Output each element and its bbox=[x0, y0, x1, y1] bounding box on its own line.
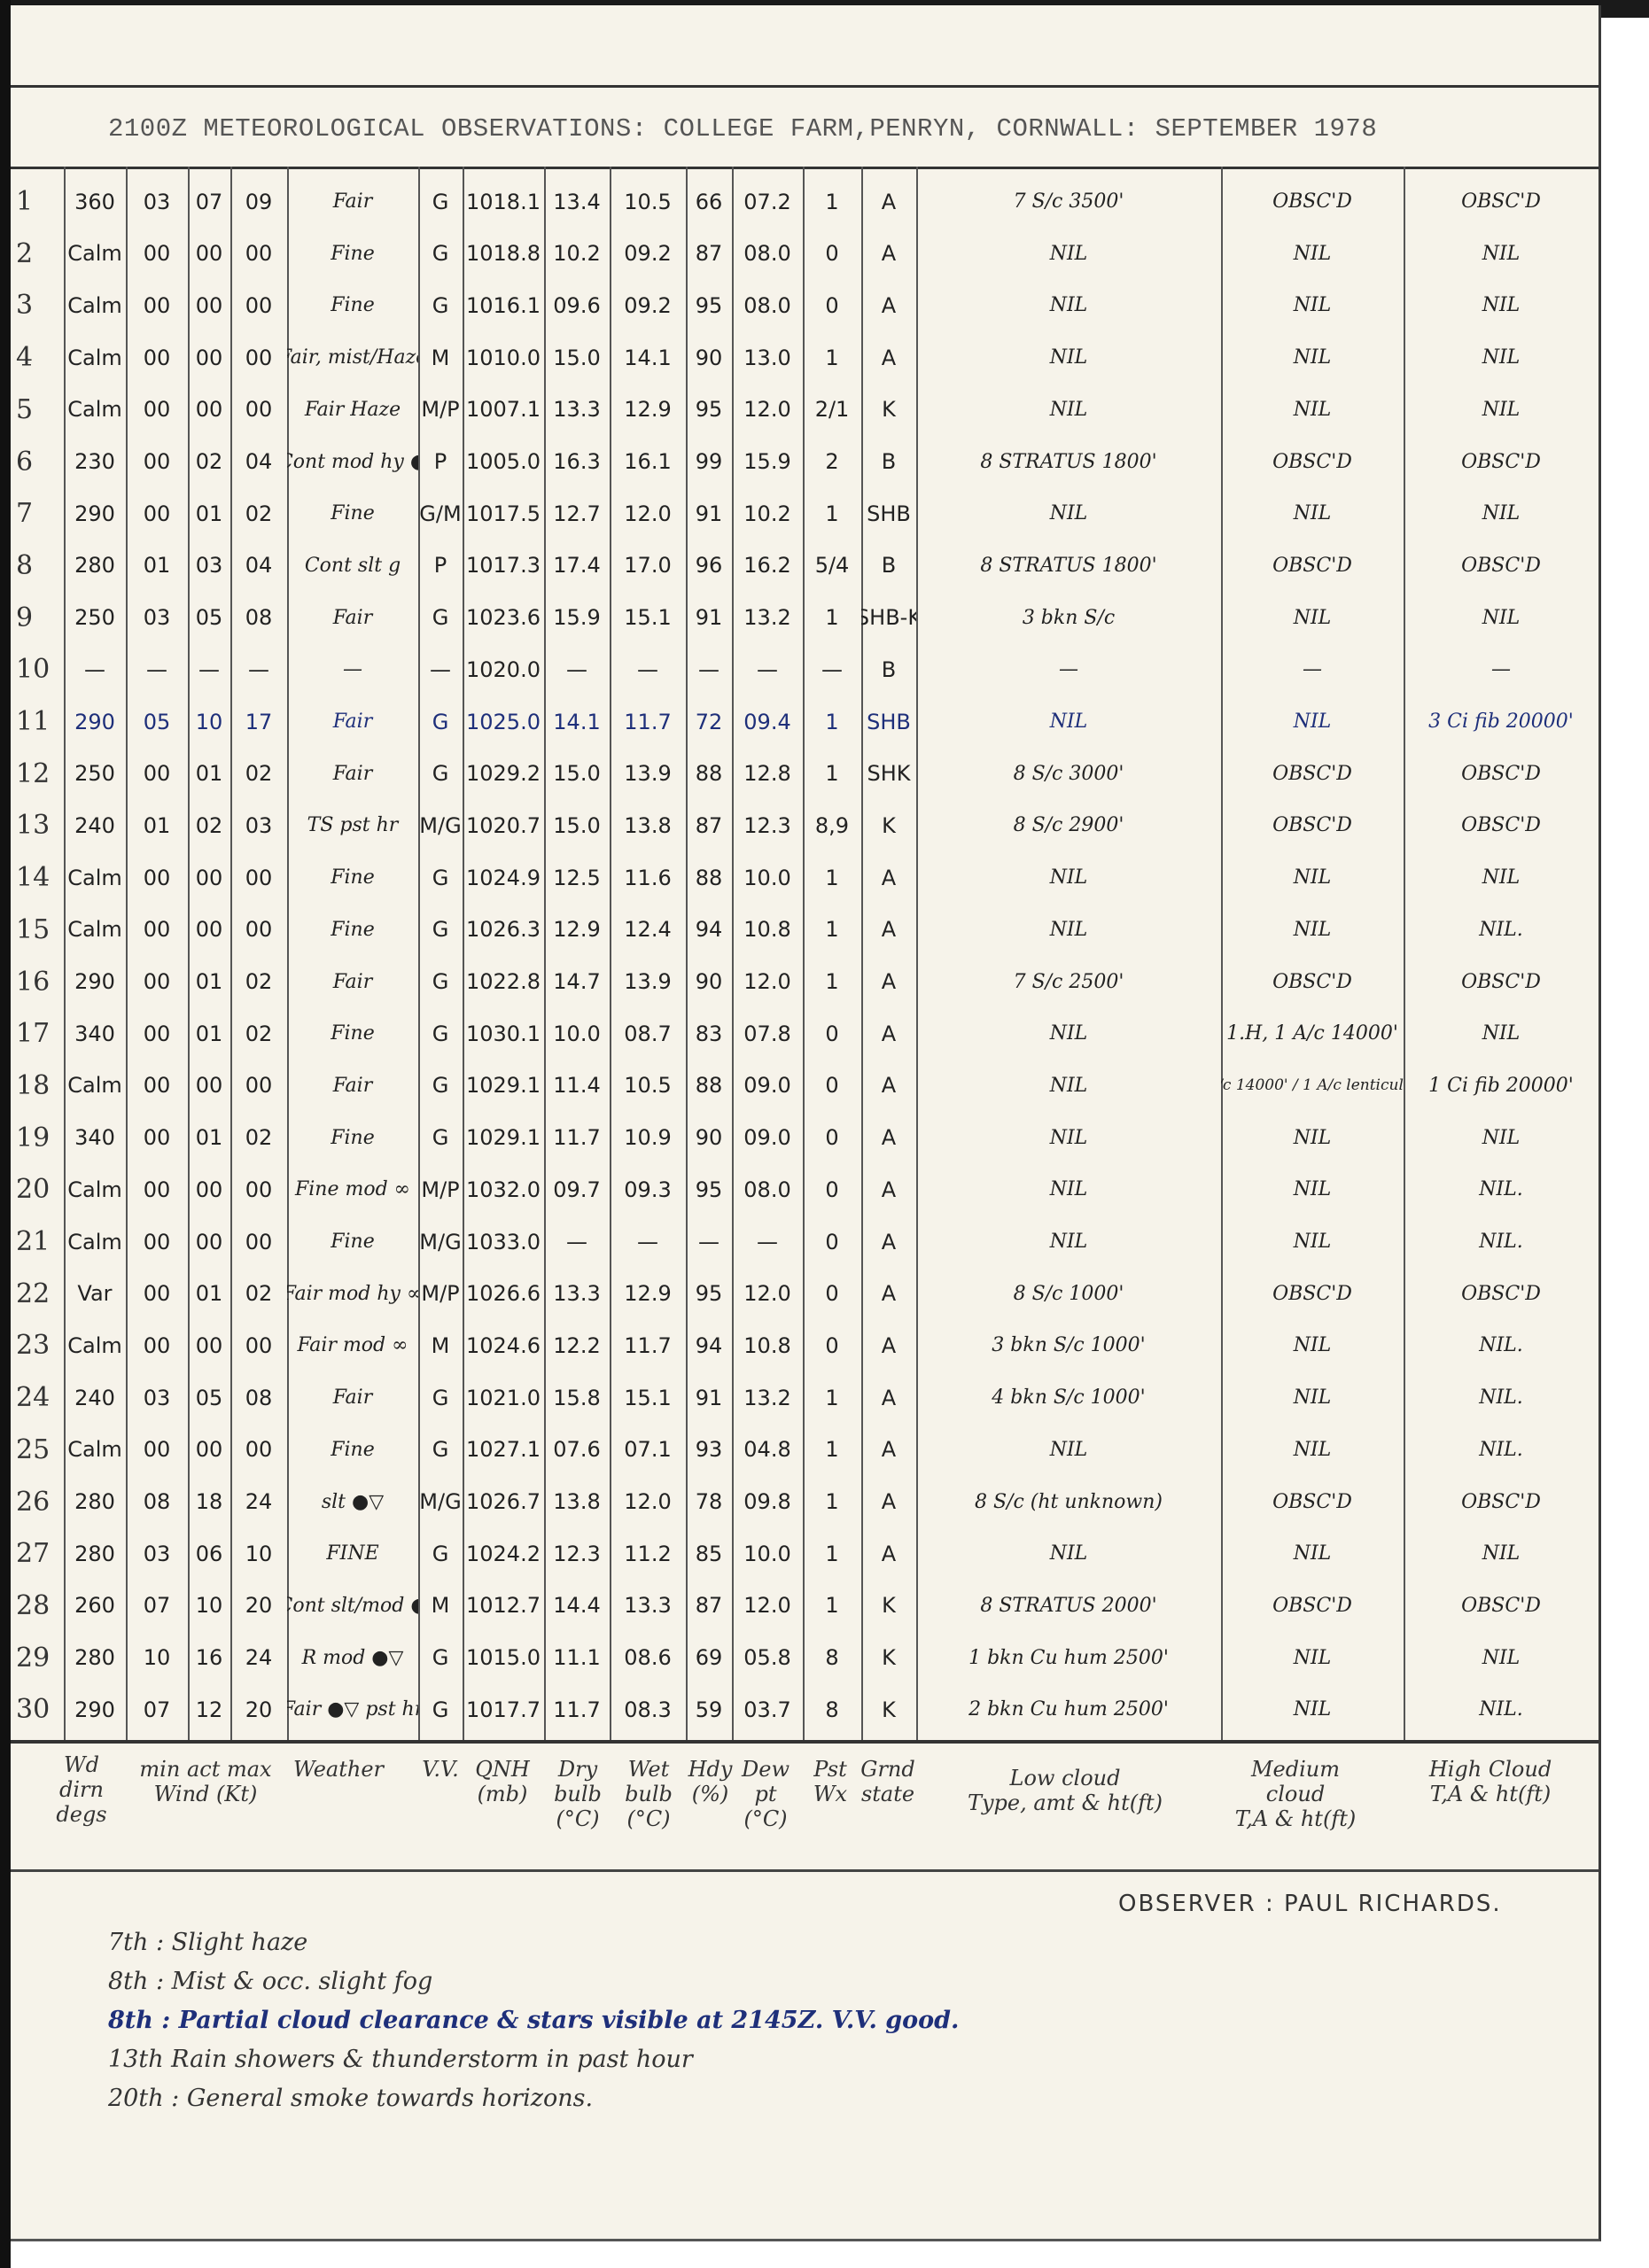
legend-dew: Dew pt (°C) bbox=[730, 1757, 801, 1831]
cell-med: NIL bbox=[1221, 695, 1404, 748]
cell-hum: 88 bbox=[686, 1060, 732, 1112]
cell-wmax: 02 bbox=[230, 748, 287, 800]
cell-hum: 91 bbox=[686, 1371, 732, 1424]
cell-pst: 1 bbox=[803, 592, 861, 644]
cell-pst: 0 bbox=[803, 1163, 861, 1216]
observation-sheet: 2100Z METEOROLOGICAL OBSERVATIONS: COLLE… bbox=[11, 5, 1601, 2241]
cell-wact: 00 bbox=[188, 331, 230, 384]
legend-weather: Weather bbox=[276, 1757, 401, 1782]
cell-day: 5 bbox=[11, 384, 69, 436]
cell-qnh: 1017.7 bbox=[463, 1683, 544, 1736]
cell-vv: G bbox=[418, 1371, 463, 1424]
cell-wmax: 08 bbox=[230, 592, 287, 644]
cell-wd: 230 bbox=[64, 436, 126, 488]
cell-wmin: 05 bbox=[126, 695, 188, 748]
cell-dry: 14.4 bbox=[544, 1580, 610, 1632]
cell-dew: 10.8 bbox=[732, 904, 803, 956]
table-row: 1360030709FairG1018.113.410.56607.21A7 S… bbox=[11, 175, 1598, 228]
cell-wd: Calm bbox=[64, 1319, 126, 1371]
cell-wmax: 02 bbox=[230, 1268, 287, 1320]
cell-wet: 12.9 bbox=[610, 1268, 686, 1320]
cell-wmin: 00 bbox=[126, 487, 188, 540]
cell-high: NIL. bbox=[1404, 1371, 1598, 1424]
cell-vv: M/P bbox=[418, 1268, 463, 1320]
cell-dry: 13.8 bbox=[544, 1476, 610, 1528]
cell-wmax: 24 bbox=[230, 1476, 287, 1528]
cell-med: NIL bbox=[1221, 1319, 1404, 1371]
cell-high: NIL bbox=[1404, 1527, 1598, 1580]
cell-hum: 87 bbox=[686, 1580, 732, 1632]
cell-wet: 11.7 bbox=[610, 695, 686, 748]
cell-wet: 13.9 bbox=[610, 956, 686, 1008]
cell-wmax: 00 bbox=[230, 1216, 287, 1268]
cell-wmax: 00 bbox=[230, 904, 287, 956]
cell-weather: Fair bbox=[287, 592, 418, 644]
cell-wet: 09.2 bbox=[610, 279, 686, 331]
cell-qnh: 1018.8 bbox=[463, 228, 544, 280]
cell-low: NIL bbox=[916, 1112, 1221, 1164]
cell-med: OBSC'D bbox=[1221, 1580, 1404, 1632]
table-row: 9250030508FairG1023.615.915.19113.21SHB-… bbox=[11, 592, 1598, 644]
cell-weather: Fine bbox=[287, 228, 418, 280]
cell-qnh: 1026.3 bbox=[463, 904, 544, 956]
cell-hum: 95 bbox=[686, 1163, 732, 1216]
cell-low: 8 S/c 2900' bbox=[916, 799, 1221, 851]
cell-weather: Fair bbox=[287, 748, 418, 800]
legend-wind: min act max Wind (Kt) bbox=[117, 1757, 294, 1806]
cell-wact: 10 bbox=[188, 695, 230, 748]
cell-wmax: 02 bbox=[230, 956, 287, 1008]
cell-vv: G bbox=[418, 904, 463, 956]
cell-wd: 290 bbox=[64, 956, 126, 1008]
cell-wd: 360 bbox=[64, 175, 126, 228]
cell-low: 1 bkn Cu hum 2500' bbox=[916, 1632, 1221, 1684]
cell-dry: 15.0 bbox=[544, 799, 610, 851]
cell-wet: 11.7 bbox=[610, 1319, 686, 1371]
table-row: 12250000102FairG1029.215.013.98812.81SHK… bbox=[11, 748, 1598, 800]
cell-wact: 00 bbox=[188, 904, 230, 956]
cell-dry: — bbox=[544, 643, 610, 695]
cell-qnh: 1018.1 bbox=[463, 175, 544, 228]
observation-table: 1360030709FairG1018.113.410.56607.21A7 S… bbox=[11, 167, 1598, 1744]
cell-wmin: 07 bbox=[126, 1683, 188, 1736]
cell-dry: 11.4 bbox=[544, 1060, 610, 1112]
cell-low: NIL bbox=[916, 384, 1221, 436]
cell-dry: 10.0 bbox=[544, 1007, 610, 1060]
cell-low: 7 S/c 2500' bbox=[916, 956, 1221, 1008]
cell-wd: Calm bbox=[64, 851, 126, 904]
cell-dew: 09.0 bbox=[732, 1060, 803, 1112]
cell-high: OBSC'D bbox=[1404, 956, 1598, 1008]
cell-wmin: 03 bbox=[126, 1371, 188, 1424]
table-row: 22Var000102Fair mod hy ∞M/P1026.613.312.… bbox=[11, 1268, 1598, 1320]
table-row: 7290000102FineG/M1017.512.712.09110.21SH… bbox=[11, 487, 1598, 540]
cell-high: NIL bbox=[1404, 592, 1598, 644]
cell-day: 26 bbox=[11, 1476, 69, 1528]
remark-line: 13th Rain showers & thunderstorm in past… bbox=[108, 2040, 959, 2079]
cell-wd: Calm bbox=[64, 228, 126, 280]
cell-wd: Calm bbox=[64, 1424, 126, 1476]
cell-wmin: 00 bbox=[126, 904, 188, 956]
cell-grd: SHB-K bbox=[861, 592, 916, 644]
cell-dew: 09.4 bbox=[732, 695, 803, 748]
cell-pst: 0 bbox=[803, 228, 861, 280]
cell-wd: Calm bbox=[64, 1216, 126, 1268]
cell-qnh: 1033.0 bbox=[463, 1216, 544, 1268]
cell-wact: 00 bbox=[188, 279, 230, 331]
cell-weather: Fair ●▽ pst hr bbox=[287, 1683, 418, 1736]
legend-vv: V.V. bbox=[414, 1757, 467, 1782]
remarks-list: 7th : Slight haze8th : Mist & occ. sligh… bbox=[108, 1923, 959, 2118]
cell-dew: 05.8 bbox=[732, 1632, 803, 1684]
cell-wet: 15.1 bbox=[610, 1371, 686, 1424]
cell-wet: — bbox=[610, 643, 686, 695]
cell-pst: 1 bbox=[803, 695, 861, 748]
cell-wact: 02 bbox=[188, 799, 230, 851]
cell-weather: Fine bbox=[287, 487, 418, 540]
cell-pst: 1 bbox=[803, 331, 861, 384]
cell-dew: 09.0 bbox=[732, 1112, 803, 1164]
cell-wmin: 00 bbox=[126, 1319, 188, 1371]
cell-low: NIL bbox=[916, 331, 1221, 384]
cell-med: NIL bbox=[1221, 851, 1404, 904]
cell-low: NIL bbox=[916, 695, 1221, 748]
cell-wmax: 10 bbox=[230, 1527, 287, 1580]
cell-weather: Fine bbox=[287, 851, 418, 904]
cell-hum: 66 bbox=[686, 175, 732, 228]
cell-dry: 14.1 bbox=[544, 695, 610, 748]
cell-med: NIL bbox=[1221, 487, 1404, 540]
cell-hum: 59 bbox=[686, 1683, 732, 1736]
cell-wact: 03 bbox=[188, 540, 230, 592]
cell-qnh: 1030.1 bbox=[463, 1007, 544, 1060]
cell-wmin: 00 bbox=[126, 1060, 188, 1112]
cell-dew: 12.0 bbox=[732, 384, 803, 436]
cell-hum: 90 bbox=[686, 331, 732, 384]
cell-qnh: 1012.7 bbox=[463, 1580, 544, 1632]
table-row: 19340000102FineG1029.111.710.99009.00ANI… bbox=[11, 1112, 1598, 1164]
cell-low: — bbox=[916, 643, 1221, 695]
cell-grd: A bbox=[861, 1424, 916, 1476]
cell-day: 22 bbox=[11, 1268, 69, 1320]
cell-hum: 91 bbox=[686, 487, 732, 540]
table-row: 25Calm000000FineG1027.107.607.19304.81AN… bbox=[11, 1424, 1598, 1476]
cell-wd: 280 bbox=[64, 1632, 126, 1684]
cell-low: 8 S/c 3000' bbox=[916, 748, 1221, 800]
cell-med: NIL bbox=[1221, 331, 1404, 384]
cell-wet: 08.7 bbox=[610, 1007, 686, 1060]
cell-low: NIL bbox=[916, 1216, 1221, 1268]
cell-dry: 11.1 bbox=[544, 1632, 610, 1684]
cell-grd: A bbox=[861, 851, 916, 904]
cell-dry: 07.6 bbox=[544, 1424, 610, 1476]
cell-dew: 08.0 bbox=[732, 228, 803, 280]
cell-vv: M bbox=[418, 1319, 463, 1371]
cell-dew: 12.8 bbox=[732, 748, 803, 800]
cell-qnh: 1016.1 bbox=[463, 279, 544, 331]
cell-wd: 290 bbox=[64, 487, 126, 540]
cell-dry: 10.2 bbox=[544, 228, 610, 280]
cell-wet: 10.5 bbox=[610, 1060, 686, 1112]
cell-grd: B bbox=[861, 436, 916, 488]
cell-dew: 16.2 bbox=[732, 540, 803, 592]
cell-high: NIL. bbox=[1404, 1319, 1598, 1371]
cell-qnh: 1032.0 bbox=[463, 1163, 544, 1216]
cell-hum: 90 bbox=[686, 956, 732, 1008]
legend-qnh: QNH (mb) bbox=[463, 1757, 542, 1806]
cell-wd: 340 bbox=[64, 1112, 126, 1164]
cell-med: NIL bbox=[1221, 1527, 1404, 1580]
cell-dew: 15.9 bbox=[732, 436, 803, 488]
cell-day: 18 bbox=[11, 1060, 69, 1112]
cell-day: 15 bbox=[11, 904, 69, 956]
legend-pst: Pst Wx bbox=[799, 1757, 861, 1806]
cell-vv: G bbox=[418, 279, 463, 331]
remark-line: 7th : Slight haze bbox=[108, 1923, 959, 1962]
cell-wact: 00 bbox=[188, 228, 230, 280]
cell-med: OBSC'D bbox=[1221, 956, 1404, 1008]
cell-low: 3 bkn S/c 1000' bbox=[916, 1319, 1221, 1371]
cell-wact: 00 bbox=[188, 851, 230, 904]
cell-qnh: 1017.3 bbox=[463, 540, 544, 592]
cell-pst: 1 bbox=[803, 1527, 861, 1580]
cell-high: NIL bbox=[1404, 279, 1598, 331]
cell-wd: 340 bbox=[64, 1007, 126, 1060]
cell-qnh: 1020.0 bbox=[463, 643, 544, 695]
cell-med: 1 A/c 14000' / 1 A/c lenticularis bbox=[1221, 1060, 1404, 1112]
cell-wmin: 03 bbox=[126, 1527, 188, 1580]
cell-weather: slt ●▽ bbox=[287, 1476, 418, 1528]
cell-vv: G bbox=[418, 592, 463, 644]
cell-med: NIL bbox=[1221, 904, 1404, 956]
cell-day: 27 bbox=[11, 1527, 69, 1580]
table-row: 4Calm000000Fair, mist/HazeM1010.015.014.… bbox=[11, 331, 1598, 384]
cell-wmin: 01 bbox=[126, 540, 188, 592]
table-row: 29280101624R mod ●▽G1015.011.108.66905.8… bbox=[11, 1632, 1598, 1684]
cell-pst: 2/1 bbox=[803, 384, 861, 436]
cell-grd: A bbox=[861, 1007, 916, 1060]
cell-vv: M/G bbox=[418, 1216, 463, 1268]
cell-wmax: 17 bbox=[230, 695, 287, 748]
cell-low: NIL bbox=[916, 1424, 1221, 1476]
legend-hum: Hdy (%) bbox=[686, 1757, 735, 1806]
cell-pst: 1 bbox=[803, 748, 861, 800]
cell-pst: 8 bbox=[803, 1683, 861, 1736]
cell-wmin: 07 bbox=[126, 1580, 188, 1632]
cell-wd: 280 bbox=[64, 1527, 126, 1580]
cell-vv: G bbox=[418, 748, 463, 800]
table-row: 6230000204Cont mod hy ●P1005.016.316.199… bbox=[11, 436, 1598, 488]
remark-line: 8th : Partial cloud clearance & stars vi… bbox=[108, 2001, 959, 2040]
cell-wet: 13.9 bbox=[610, 748, 686, 800]
cell-pst: 1 bbox=[803, 1371, 861, 1424]
cell-hum: — bbox=[686, 1216, 732, 1268]
cell-pst: 1 bbox=[803, 487, 861, 540]
cell-dry: 09.6 bbox=[544, 279, 610, 331]
cell-day: 1 bbox=[11, 175, 69, 228]
cell-grd: A bbox=[861, 1112, 916, 1164]
legend-dry: Dry bulb (°C) bbox=[542, 1757, 613, 1831]
cell-grd: A bbox=[861, 1476, 916, 1528]
cell-vv: G bbox=[418, 1112, 463, 1164]
cell-vv: G bbox=[418, 1007, 463, 1060]
cell-high: NIL bbox=[1404, 1007, 1598, 1060]
scan-left-edge bbox=[0, 0, 11, 2268]
cell-dry: 15.0 bbox=[544, 331, 610, 384]
cell-wmax: 09 bbox=[230, 175, 287, 228]
cell-pst: 1 bbox=[803, 956, 861, 1008]
cell-dew: 07.2 bbox=[732, 175, 803, 228]
cell-grd: SHB bbox=[861, 487, 916, 540]
cell-grd: SHB bbox=[861, 695, 916, 748]
cell-med: OBSC'D bbox=[1221, 436, 1404, 488]
cell-wet: 08.3 bbox=[610, 1683, 686, 1736]
legend-grd: Grnd state bbox=[857, 1757, 919, 1806]
cell-dry: 13.4 bbox=[544, 175, 610, 228]
table-row: 23Calm000000Fair mod ∞M1024.612.211.7941… bbox=[11, 1319, 1598, 1371]
cell-high: OBSC'D bbox=[1404, 1476, 1598, 1528]
cell-qnh: 1026.6 bbox=[463, 1268, 544, 1320]
cell-qnh: 1024.9 bbox=[463, 851, 544, 904]
cell-wmin: 00 bbox=[126, 748, 188, 800]
table-row: 10——————1020.0—————B——— bbox=[11, 643, 1598, 695]
cell-vv: G bbox=[418, 228, 463, 280]
cell-day: 23 bbox=[11, 1319, 69, 1371]
cell-wd: Calm bbox=[64, 1060, 126, 1112]
cell-wd: 280 bbox=[64, 1476, 126, 1528]
cell-med: NIL bbox=[1221, 228, 1404, 280]
cell-vv: G bbox=[418, 695, 463, 748]
cell-dry: 12.3 bbox=[544, 1527, 610, 1580]
cell-wd: 260 bbox=[64, 1580, 126, 1632]
cell-dew: 13.0 bbox=[732, 331, 803, 384]
cell-wd: 240 bbox=[64, 1371, 126, 1424]
cell-wmax: 24 bbox=[230, 1632, 287, 1684]
cell-wd: 290 bbox=[64, 695, 126, 748]
cell-wact: 05 bbox=[188, 592, 230, 644]
cell-wmax: 00 bbox=[230, 228, 287, 280]
cell-weather: Fair mod hy ∞ bbox=[287, 1268, 418, 1320]
cell-wmax: 08 bbox=[230, 1371, 287, 1424]
cell-wmax: 02 bbox=[230, 487, 287, 540]
cell-wet: 08.6 bbox=[610, 1632, 686, 1684]
cell-wact: 10 bbox=[188, 1580, 230, 1632]
cell-dew: 12.3 bbox=[732, 799, 803, 851]
cell-weather: Fair mod ∞ bbox=[287, 1319, 418, 1371]
cell-grd: A bbox=[861, 279, 916, 331]
cell-dry: 14.7 bbox=[544, 956, 610, 1008]
cell-vv: G bbox=[418, 1424, 463, 1476]
cell-qnh: 1024.2 bbox=[463, 1527, 544, 1580]
legend-low: Low cloud Type, amt & ht(ft) bbox=[914, 1766, 1216, 1815]
cell-dry: 11.7 bbox=[544, 1112, 610, 1164]
cell-wet: 09.3 bbox=[610, 1163, 686, 1216]
cell-day: 4 bbox=[11, 331, 69, 384]
cell-high: NIL bbox=[1404, 487, 1598, 540]
cell-wd: — bbox=[64, 643, 126, 695]
cell-high: OBSC'D bbox=[1404, 1580, 1598, 1632]
cell-vv: G bbox=[418, 1632, 463, 1684]
cell-pst: 1 bbox=[803, 1476, 861, 1528]
cell-grd: A bbox=[861, 1371, 916, 1424]
table-row: 11290051017FairG1025.014.111.77209.41SHB… bbox=[11, 695, 1598, 748]
cell-day: 20 bbox=[11, 1163, 69, 1216]
cell-grd: SHK bbox=[861, 748, 916, 800]
cell-qnh: 1007.1 bbox=[463, 384, 544, 436]
legend-high: High Cloud T,A & ht(ft) bbox=[1393, 1757, 1588, 1806]
cell-med: NIL bbox=[1221, 1216, 1404, 1268]
cell-wet: 07.1 bbox=[610, 1424, 686, 1476]
cell-qnh: 1027.1 bbox=[463, 1424, 544, 1476]
cell-weather: Fair Haze bbox=[287, 384, 418, 436]
cell-pst: 1 bbox=[803, 1424, 861, 1476]
cell-grd: A bbox=[861, 1319, 916, 1371]
cell-pst: 0 bbox=[803, 1319, 861, 1371]
cell-qnh: 1026.7 bbox=[463, 1476, 544, 1528]
cell-hum: 93 bbox=[686, 1424, 732, 1476]
cell-wet: 16.1 bbox=[610, 436, 686, 488]
cell-med: NIL bbox=[1221, 1163, 1404, 1216]
cell-low: NIL bbox=[916, 1007, 1221, 1060]
cell-wmin: 00 bbox=[126, 384, 188, 436]
cell-med: NIL bbox=[1221, 384, 1404, 436]
cell-pst: 5/4 bbox=[803, 540, 861, 592]
cell-hum: 94 bbox=[686, 1319, 732, 1371]
cell-dry: 15.8 bbox=[544, 1371, 610, 1424]
cell-med: OBSC'D bbox=[1221, 748, 1404, 800]
cell-pst: 0 bbox=[803, 1268, 861, 1320]
cell-wmax: — bbox=[230, 643, 287, 695]
cell-dry: 12.9 bbox=[544, 904, 610, 956]
cell-dew: 08.0 bbox=[732, 279, 803, 331]
cell-dew: 10.8 bbox=[732, 1319, 803, 1371]
cell-wet: 11.2 bbox=[610, 1527, 686, 1580]
cell-wd: Calm bbox=[64, 331, 126, 384]
cell-high: NIL. bbox=[1404, 904, 1598, 956]
cell-qnh: 1010.0 bbox=[463, 331, 544, 384]
cell-high: OBSC'D bbox=[1404, 436, 1598, 488]
cell-wmin: 03 bbox=[126, 175, 188, 228]
cell-weather: Cont mod hy ● bbox=[287, 436, 418, 488]
cell-wact: 07 bbox=[188, 175, 230, 228]
cell-med: NIL bbox=[1221, 1424, 1404, 1476]
remark-line: 8th : Mist & occ. slight fog bbox=[108, 1962, 959, 2001]
cell-wact: 01 bbox=[188, 748, 230, 800]
table-row: 30290071220Fair ●▽ pst hrG1017.711.708.3… bbox=[11, 1683, 1598, 1736]
table-row: 27280030610FINEG1024.212.311.28510.01ANI… bbox=[11, 1527, 1598, 1580]
cell-wd: Calm bbox=[64, 384, 126, 436]
cell-qnh: 1025.0 bbox=[463, 695, 544, 748]
cell-qnh: 1020.7 bbox=[463, 799, 544, 851]
cell-low: NIL bbox=[916, 904, 1221, 956]
cell-vv: M/G bbox=[418, 1476, 463, 1528]
cell-dew: 10.2 bbox=[732, 487, 803, 540]
cell-dew: 13.2 bbox=[732, 592, 803, 644]
cell-wmax: 00 bbox=[230, 1319, 287, 1371]
cell-wmax: 03 bbox=[230, 799, 287, 851]
cell-wmin: 00 bbox=[126, 1163, 188, 1216]
cell-med: NIL bbox=[1221, 279, 1404, 331]
cell-grd: K bbox=[861, 799, 916, 851]
cell-pst: 0 bbox=[803, 279, 861, 331]
cell-dry: 12.5 bbox=[544, 851, 610, 904]
cell-wact: 00 bbox=[188, 1424, 230, 1476]
cell-hum: 99 bbox=[686, 436, 732, 488]
table-row: 21Calm000000FineM/G1033.0————0ANILNILNIL… bbox=[11, 1216, 1598, 1268]
cell-grd: A bbox=[861, 1216, 916, 1268]
cell-wmin: 00 bbox=[126, 1424, 188, 1476]
cell-hum: 90 bbox=[686, 1112, 732, 1164]
